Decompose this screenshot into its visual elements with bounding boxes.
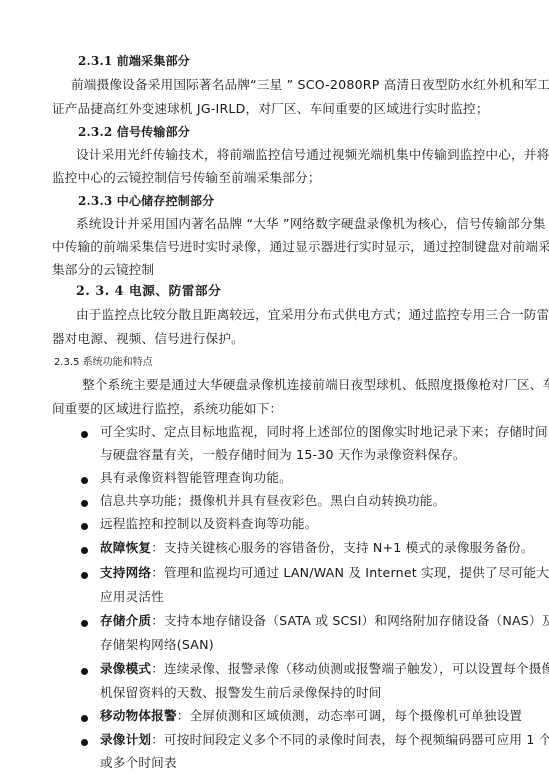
paragraph-line: 前端摄像设备采用国际著名品牌“三星 ” SCO-2080RP 高清日夜型防水红外… [71, 77, 549, 93]
list-item-text: 支持网络：管理和监视均可通过 LAN/WAN 及 Internet 实现，提供了… [100, 565, 549, 581]
section-heading-2-3-3: 2.3.3 中心储存控制部分 [78, 193, 214, 209]
bullet-icon [81, 620, 88, 627]
list-item-text: 机保留资料的天数、报警发生前后录像保持的时间 [100, 685, 381, 701]
bullet-icon [81, 431, 88, 438]
list-item-text: 信息共享功能；摄像机并具有昼夜彩色。黑白自动转换功能。 [100, 493, 445, 509]
list-item-body: ：连续录像、报警录像（移动侦测或报警端子触发），可以设置每个摄像 [151, 661, 549, 676]
paragraph-line: 间重要的区域进行监控，系统功能如下： [52, 401, 282, 417]
section-heading-2-3-2: 2.3.2 信号传输部分 [78, 124, 190, 140]
list-item-label: 存储介质 [100, 613, 151, 628]
list-item-text: 远程监控和控制以及资料查询等功能。 [100, 516, 318, 532]
list-item-label: 移动物体报警 [100, 708, 177, 723]
list-item-body: ：管理和监视均可通过 LAN/WAN 及 Internet 实现，提供了尽可能大… [151, 565, 549, 580]
bullet-icon [81, 477, 88, 484]
paragraph-line: 系统设计并采用国内著名品牌 “大华 ”网络数字硬盘录像机为核心，信号传输部分集 [76, 216, 546, 232]
bullet-icon [81, 523, 88, 530]
list-item-body: ：全屏侦测和区域侦测，动态率可调，每个摄像机可单独设置 [177, 708, 522, 723]
paragraph-line: 由于监控点比较分散且距离较远，宜采用分布式供电方式；通过监控专用三合一防雷 [76, 307, 549, 323]
list-item-body: ：可按时间段定义多个不同的录像时间表，每个视频编码器可应用 1 个 [151, 732, 549, 747]
list-item-text: 存储介质：支持本地存储设备（SATA 或 SCSI）和网络附加存储设备（NAS）… [100, 613, 549, 629]
bullet-icon [81, 739, 88, 746]
bullet-icon [81, 715, 88, 722]
paragraph-line: 设计采用光纤传输技术，将前端监控信号通过视频光端机集中传输到监控中心，并将 [76, 147, 549, 163]
document-page: 2.3.1 前端采集部分 前端摄像设备采用国际著名品牌“三星 ” SCO-208… [0, 0, 549, 778]
section-heading-2-3-5: 2.3.5 系统功能和特点 [54, 355, 153, 371]
list-item-text: 录像模式：连续录像、报警录像（移动侦测或报警端子触发），可以设置每个摄像 [100, 661, 549, 677]
section-heading-2-3-4: 2. 3. 4 电源、防雷部分 [76, 283, 221, 299]
bullet-icon [81, 547, 88, 554]
bullet-icon [81, 668, 88, 675]
section-heading-2-3-1: 2.3.1 前端采集部分 [78, 53, 190, 69]
paragraph-line: 证产品捷高红外变速球机 JG-IRLD，对厂区、车间重要的区域进行实时监控； [52, 101, 489, 117]
paragraph-line: 集部分的云镜控制 [52, 262, 154, 278]
list-item-text: 或多个时间表 [100, 755, 177, 771]
list-item-text: 具有录像资料智能管理查询功能。 [100, 470, 292, 486]
list-item-label: 故障恢复 [100, 540, 151, 555]
bullet-icon [81, 572, 88, 579]
paragraph-line: 中传输的前端采集信号进时实时录像，通过显示器进行实时显示，通过控制键盘对前端采 [52, 239, 549, 255]
list-item-text: 可全实时、定点目标地监视，同时将上述部位的图像实时地记录下来；存储时间 [100, 424, 548, 440]
list-item-label: 录像计划 [100, 732, 151, 747]
list-item-text: 与硬盘容量有关，一般存储时间为 15-30 天作为录像资料保存。 [100, 447, 466, 463]
list-item-text: 录像计划：可按时间段定义多个不同的录像时间表，每个视频编码器可应用 1 个 [100, 732, 549, 748]
paragraph-line: 整个系统主要是通过大华硬盘录像机连接前端日夜型球机、低照度摄像枪对厂区、车 [82, 377, 549, 393]
list-item-label: 录像模式 [100, 661, 151, 676]
list-item-text: 应用灵活性 [100, 589, 164, 605]
list-item-text: 故障恢复：支持关键核心服务的容错备份，支持 N+1 模式的录像服务备份。 [100, 540, 534, 556]
paragraph-line: 器对电源、视频、信号进行保护。 [52, 331, 244, 347]
list-item-text: 移动物体报警：全屏侦测和区域侦测，动态率可调，每个摄像机可单独设置 [100, 708, 522, 724]
list-item-label: 支持网络 [100, 565, 151, 580]
list-item-body: ：支持本地存储设备（SATA 或 SCSI）和网络附加存储设备（NAS）及 [151, 613, 549, 628]
bullet-icon [81, 500, 88, 507]
list-item-text: 存储架构网络(SAN) [100, 637, 214, 653]
paragraph-line: 监控中心的云镜控制信号传输至前端采集部分； [52, 170, 321, 186]
list-item-body: ：支持关键核心服务的容错备份，支持 N+1 模式的录像服务备份。 [151, 540, 533, 555]
